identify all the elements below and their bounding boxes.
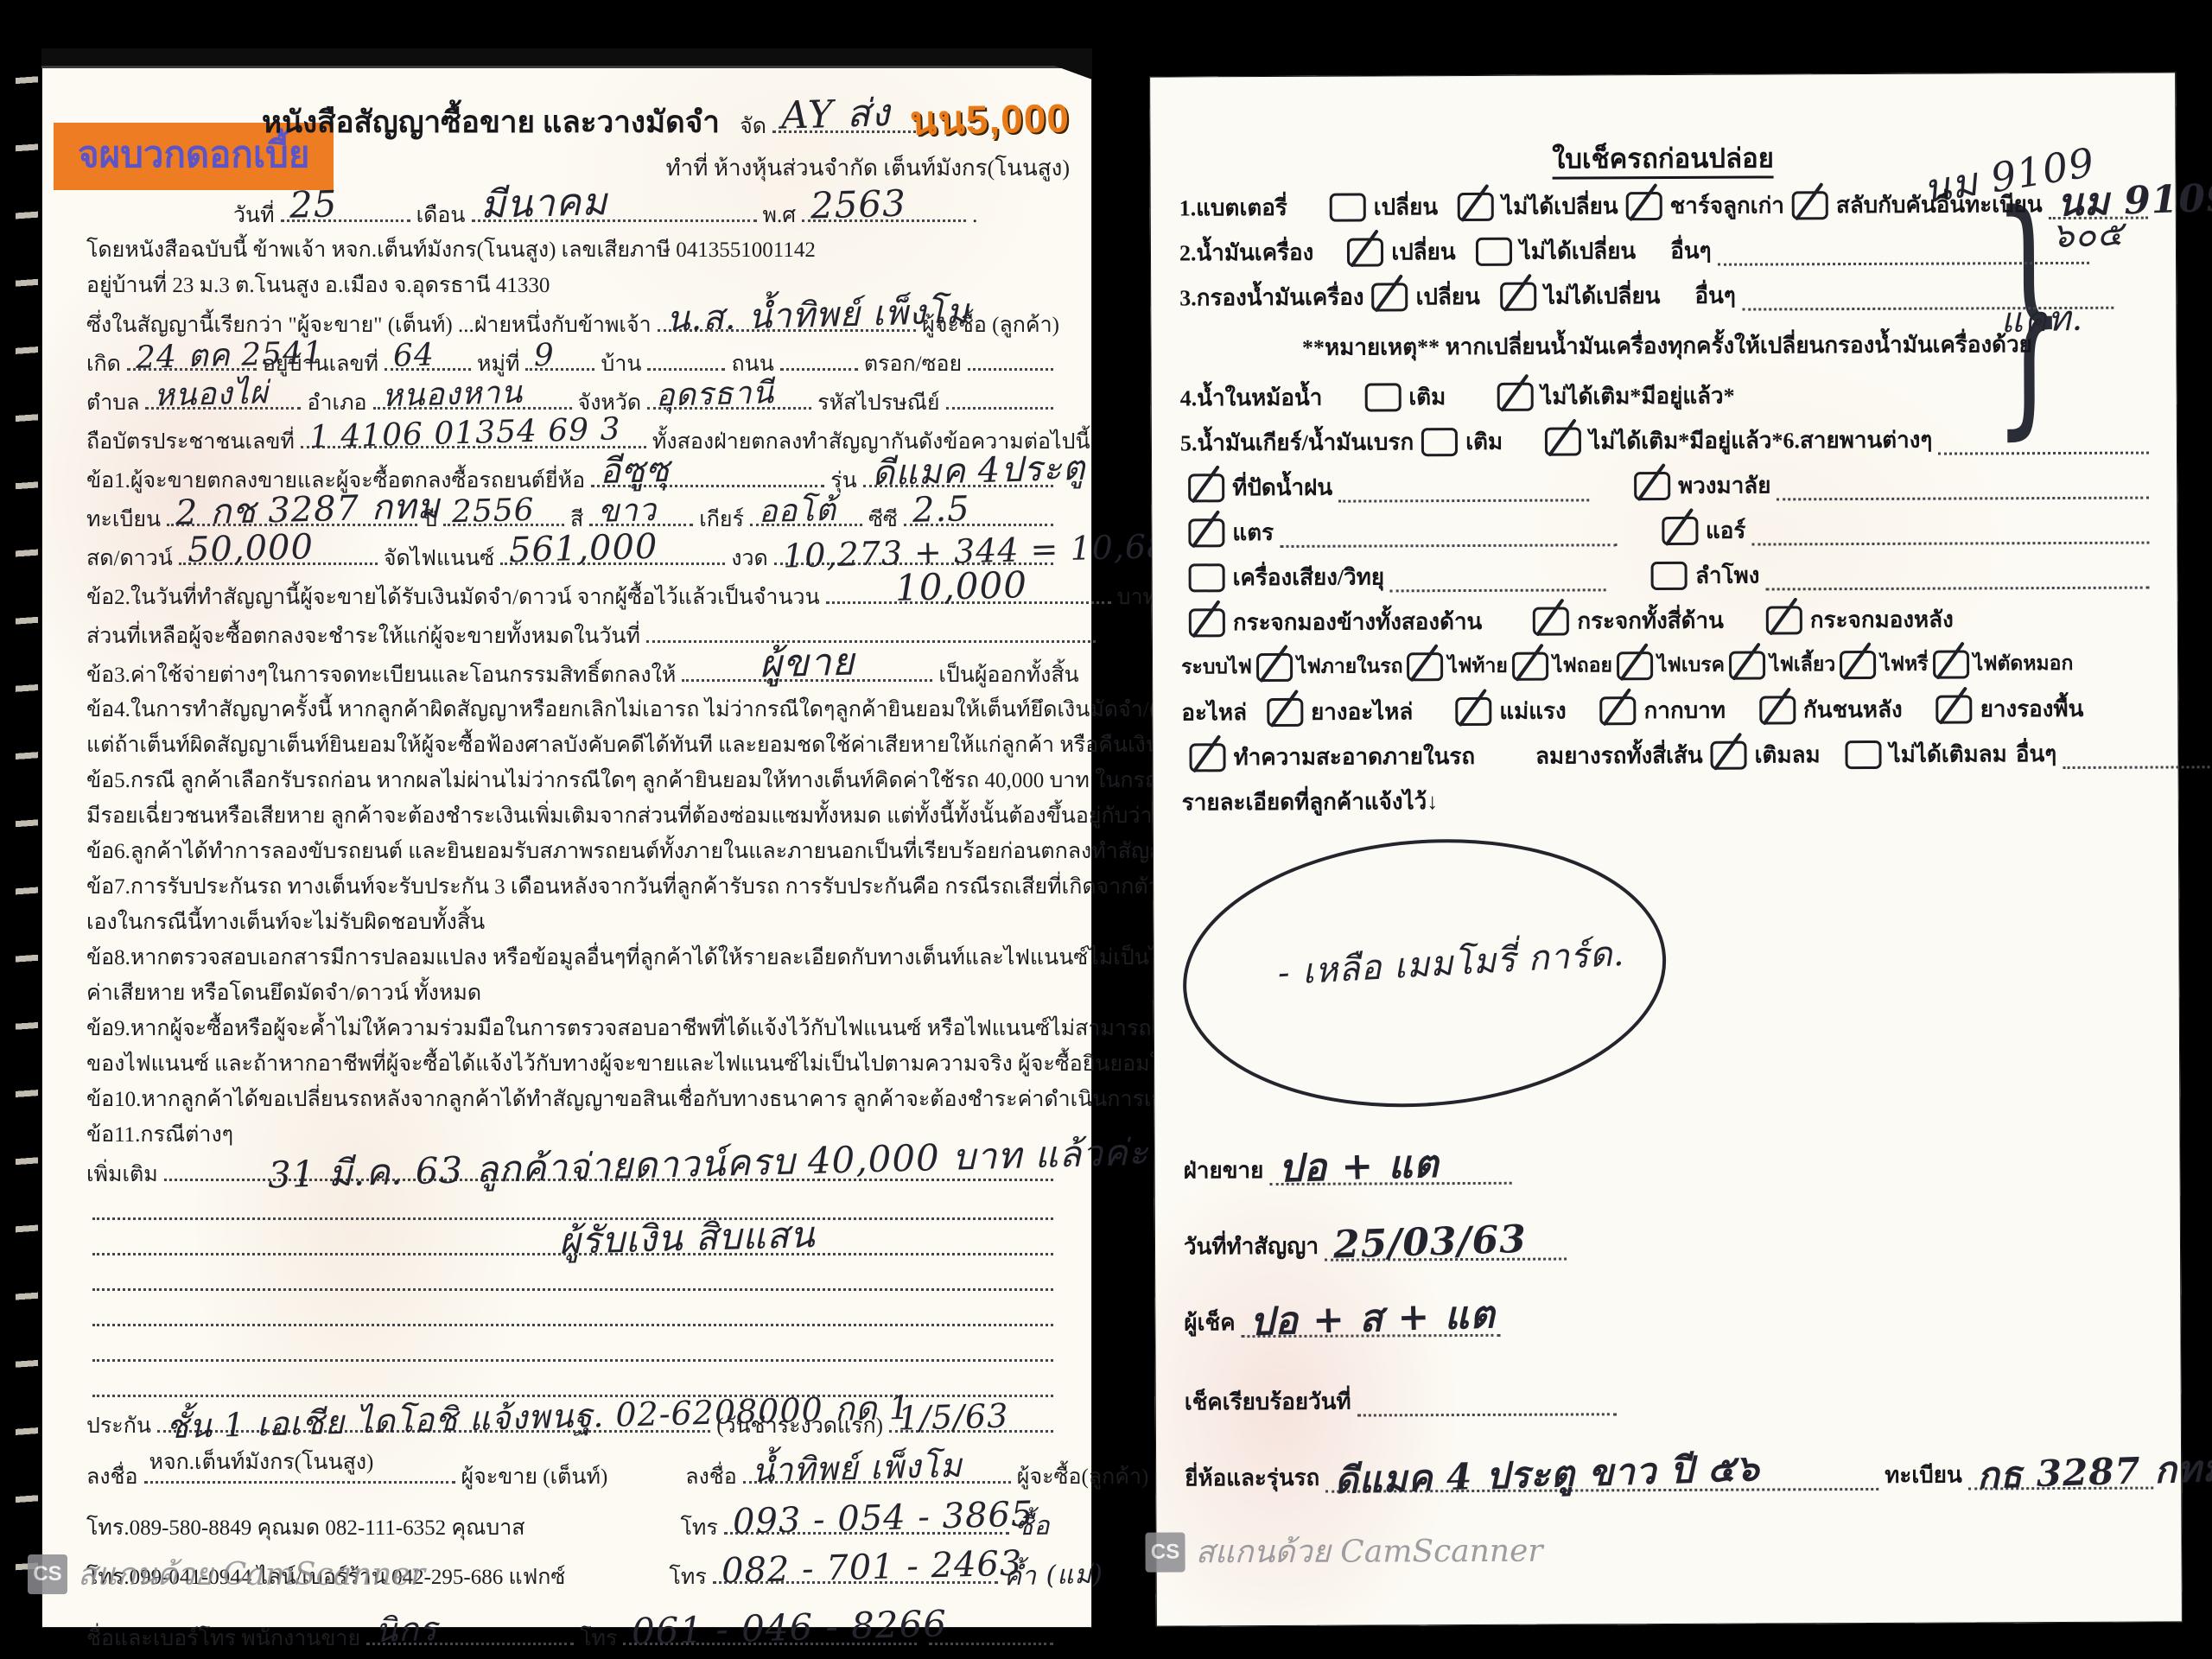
- handwritten-entry: 093 - 054 - 3865: [732, 1497, 1033, 1539]
- blank-field: 50,000: [179, 537, 378, 565]
- handwritten-entry: 2563: [810, 186, 907, 225]
- blank-field: [946, 381, 1053, 410]
- printed-text: หจก.เต็นท์มังกร(โนนสูง): [149, 1445, 374, 1479]
- printed-text: ตำบล: [86, 385, 139, 420]
- circled-note: - เหลือ เมมโมรี่ การ์ด.: [1182, 833, 2158, 1114]
- blank-field: ขาว: [589, 498, 693, 526]
- doc-line: ที่ปัดน้ำฝนพวงมาลัย: [1180, 461, 2155, 511]
- checkbox-checked: [1617, 652, 1653, 680]
- pen-tick-mark: [1460, 183, 1490, 222]
- handwritten-entry: ดีแมค 4 ประตู ขาว ปี ๕๖: [1334, 1450, 1761, 1499]
- pen-tick-mark: [1259, 644, 1288, 683]
- inspection-checklist-sheet: ใบเช็ครถก่อนปล่อย นม 9109 ๖๐๕ } แคท. 1.แ…: [1149, 72, 2183, 1626]
- printed-text: ไฟเลี้ยว: [1770, 649, 1835, 680]
- printed-text: เกิด: [86, 346, 121, 381]
- blank-field: อุดรธานี: [647, 381, 811, 410]
- printed-text: กากบาท: [1644, 692, 1726, 728]
- handwritten-entry: 1 4106 01354 69 3: [308, 414, 620, 453]
- handwritten-entry: อุดรธานี: [656, 378, 775, 412]
- printed-text: ข้อ3.ค่าใช้จ่ายต่างๆในการจดทะเบียนและโอน…: [86, 658, 676, 692]
- printed-text: โทร: [580, 1621, 617, 1656]
- blank-field: [780, 342, 858, 371]
- checkbox-checked: [1600, 696, 1637, 725]
- blank-field: [92, 1333, 1053, 1362]
- pen-tick-mark: [1713, 732, 1743, 771]
- contract-title: หนังสือสัญญาซื้อขาย และวางมัดจำ: [214, 99, 767, 146]
- printed-text: ไฟเบรค: [1657, 650, 1725, 681]
- checkbox-checked: [1840, 650, 1876, 678]
- checkbox-unchecked: [1330, 193, 1366, 221]
- printed-text: ข้อ2.ในวันที่ทำสัญญานี้ผู้จะขายได้รับเงิ…: [86, 580, 820, 614]
- doc-line: ประกันชั้น 1 เอเชีย ไดโอชิ แจ้งพนฐ. 02-6…: [86, 1404, 1059, 1443]
- printed-text: งวด: [731, 541, 767, 575]
- doc-line: ทำความสะอาดภายในรถลมยางรถทั้งสี่เส้นเติม…: [1181, 731, 2156, 780]
- printed-text: เดือน: [416, 198, 466, 232]
- blank-field: [647, 342, 725, 371]
- printed-text: อื่นๆ: [1694, 277, 1736, 313]
- checkbox-checked: [1634, 471, 1670, 499]
- handwritten-entry: 9: [534, 340, 556, 372]
- handwritten-entry: ดีแมค 4ประตู: [871, 451, 1085, 491]
- blank-field: 1/5/63: [889, 1404, 1053, 1433]
- checkbox-unchecked: [1364, 383, 1401, 411]
- doc-line: ข้อ7.การรับประกันรถ ทางเต็นท์จะรับประกัน…: [86, 869, 1059, 905]
- doc-line: วันที่25เดือนมีนาคมพ.ศ2563.: [86, 194, 1059, 232]
- pen-tick-mark: [1629, 182, 1658, 221]
- blank-field: ดีแมค 4 ประตู ขาว ปี ๕๖: [1325, 1462, 1878, 1493]
- handwritten-entry: นม 9109: [2056, 179, 2212, 222]
- doc-line: ข้อ8.หากตรวจสอบเอกสารมีการปลอมแปลง หรือข…: [86, 940, 1059, 976]
- blank-field: [968, 342, 1053, 371]
- handwritten-entry: 2.5: [912, 492, 970, 528]
- printed-text: แตร: [1232, 514, 1274, 550]
- handwritten-entry: 64: [393, 340, 435, 372]
- printed-text: โดยหนังสือฉบับนี้ ข้าพเจ้า หจก.เต็นท์มัง…: [86, 232, 816, 267]
- amount-orange-note: นน5,000: [909, 86, 1070, 152]
- handwritten-entry: ปอ + ส + แต: [1249, 1296, 1496, 1342]
- dispatch-blank: AY ส่ง: [772, 105, 928, 133]
- pen-tick-mark: [1732, 642, 1761, 681]
- printed-text: ยี่ห้อและรุ่นรถ: [1185, 1459, 1319, 1496]
- handwritten-entry: 50,000: [187, 530, 314, 568]
- printed-text: ซีซี: [868, 502, 898, 537]
- printed-text: 3.กรองน้ำมันเครื่อง: [1179, 279, 1364, 315]
- printed-text: ชาร์จลูกเก่า: [1670, 188, 1785, 224]
- printed-text: เครื่องเสียง/วิทยุ: [1233, 559, 1385, 595]
- pen-tick-mark: [1269, 689, 1299, 728]
- printed-text: ไม่ได้เปลี่ยน: [1502, 188, 1618, 225]
- doc-line: ระบบไฟไฟภายในรถไฟท้ายไฟถอยไฟเบรคไฟเลี้ยว…: [1181, 641, 2156, 690]
- blank-field: น้ำทิพย์ เพ็งโม: [743, 1455, 1011, 1484]
- printed-text: อะไหล่: [1181, 695, 1247, 730]
- blank-field: [92, 1298, 1053, 1326]
- blank-field: ปอ + ส + แต: [1241, 1308, 1500, 1338]
- doc-line: [86, 1262, 1059, 1298]
- checkbox-unchecked: [1189, 563, 1225, 592]
- printed-text: ไฟหรี่: [1880, 649, 1929, 680]
- blank-field: 061 - 046 - 8266: [623, 1617, 917, 1645]
- doc-line: ข้อ6.ลูกค้าได้ทำการลองขับรถยนต์ และยินยอ…: [86, 834, 1059, 869]
- printed-text: 4.น้ำในหม้อน้ำ: [1180, 379, 1323, 416]
- printed-text: ส่วนที่เหลือผู้จะซื้อตกลงจะชำระให้แก่ผู้…: [86, 619, 640, 653]
- checkbox-checked: [1792, 191, 1828, 219]
- scan-background: จผบวกดอกเบี้ย หนังสือสัญญาซื้อขาย และวาง…: [0, 0, 2212, 1659]
- checkbox-checked: [1500, 282, 1536, 310]
- doc-line: มีรอยเฉี่ยวชนหรือเสียหาย ลูกค้าจะต้องชำร…: [86, 798, 1059, 834]
- doc-line: ข้อ2.ในวันที่ทำสัญญานี้ผู้จะขายได้รับเงิ…: [86, 575, 1059, 614]
- blank-field: นม 9109: [2049, 191, 2148, 220]
- printed-text: วันที่ทำสัญญา: [1184, 1228, 1319, 1264]
- blank-field: อีซูซุ: [591, 459, 824, 487]
- doc-line: อะไหล่ยางอะไหล่แม่แรงกากบาทกันชนหลังยางร…: [1181, 686, 2156, 735]
- printed-text: โทร: [669, 1560, 706, 1594]
- blank-field: 25/03/63: [1325, 1232, 1567, 1262]
- checkbox-checked: [1188, 474, 1224, 502]
- scan-edge-band: [41, 48, 1092, 68]
- printed-text: บ้าน: [601, 346, 641, 381]
- blank-field: 24 ตค 2541: [127, 342, 257, 371]
- printed-text: เปลี่ยน: [1374, 189, 1439, 225]
- checkbox-checked: [1256, 652, 1293, 681]
- handwritten-entry: 10,000: [894, 567, 1027, 607]
- printed-text: ผู้เช็ค: [1184, 1305, 1235, 1340]
- doc-line: เองในกรณีนี้ทางเต็นท์จะไม่รับผิดชอบทั้งส…: [86, 905, 1059, 940]
- blank-field: [1777, 471, 2149, 501]
- blank-field: 10,000: [826, 575, 1111, 604]
- printed-text: อื่นๆ: [2016, 736, 2057, 772]
- doc-line: ส่วนที่เหลือผู้จะซื้อตกลงจะชำระให้แก่ผู้…: [86, 614, 1059, 653]
- handwritten-entry: 082 - 701 - 2463: [721, 1546, 1022, 1588]
- printed-text: โทร.089-580-8849 คุณมด 082-111-6352 คุณบ…: [86, 1510, 525, 1545]
- handwritten-entry: น้ำทิพย์ เพ็งโม: [751, 1449, 963, 1487]
- handwritten-entry: 061 - 046 - 8266: [632, 1605, 948, 1650]
- pen-tick-mark: [1664, 507, 1694, 546]
- printed-text: ถือบัตรประชาชนเลขที่: [86, 424, 295, 459]
- printed-text: ตรอก/ซอย: [864, 346, 962, 381]
- printed-text: ไม่ได้เปลี่ยน: [1520, 233, 1637, 270]
- printed-text: ผู้จะขาย (เต็นท์): [461, 1459, 608, 1494]
- printed-text: กระจกมองข้างทั้งสองด้าน: [1233, 603, 1483, 639]
- pen-tick-mark: [1619, 642, 1649, 681]
- blank-field: 64: [385, 342, 471, 371]
- handwritten-entry: หนองไผ่: [154, 378, 270, 411]
- pen-tick-mark: [1192, 734, 1222, 773]
- pen-tick-mark: [1637, 462, 1666, 501]
- printed-text: เติมลม: [1755, 737, 1821, 772]
- doc-line: ของไฟแนนซ์ และถ้าหากอาชีพที่ผู้จะซื้อได้…: [86, 1046, 1059, 1082]
- checkbox-checked: [1497, 382, 1533, 410]
- blank-field: [1938, 426, 2149, 455]
- blank-field: ผู้ขาย: [682, 653, 932, 682]
- doc-line: ข้อ3.ค่าใช้จ่ายต่างๆในการจดทะเบียนและโอน…: [86, 653, 1059, 692]
- printed-text: เกียร์: [699, 502, 744, 537]
- doc-line: ข้อ10.หากลูกค้าได้ขอเปลี่ยนรถหลังจากลูกค…: [86, 1082, 1059, 1117]
- printed-text: เป็นผู้ออกทั้งสิ้น: [938, 658, 1078, 692]
- printed-text: ไม่ได้เติม*มีอยู่แล้ว*: [1589, 423, 1783, 459]
- doc-line: ยี่ห้อและรุ่นรถดีแมค 4 ประตู ขาว ปี ๕๖ทะ…: [1185, 1452, 2159, 1501]
- doc-line: 5.น้ำมันเกียร์/น้ำมันเบรกเติมไม่ได้เติม*…: [1180, 416, 2155, 466]
- blank-field: [1717, 236, 2088, 266]
- pen-tick-mark: [1762, 687, 1791, 726]
- printed-text: ไม่ได้เติม*มีอยู่แล้ว*: [1541, 378, 1735, 414]
- doc-line: แตรแอร์: [1180, 506, 2155, 556]
- contract-body: วันที่25เดือนมีนาคมพ.ศ2563.โดยหนังสือฉบั…: [86, 194, 1059, 1656]
- camscanner-text: สแกนด้วย CamScanner: [78, 1549, 425, 1599]
- printed-text: กันชนหลัง: [1803, 691, 1903, 728]
- printed-text: 5.น้ำมันเกียร์/น้ำมันเบรก: [1180, 424, 1414, 461]
- printed-text: ชื่อและเบอร์โทร พนักงานขาย: [86, 1621, 360, 1656]
- pen-tick-mark: [1603, 687, 1632, 726]
- printed-text: ประกัน: [86, 1408, 151, 1443]
- checkbox-unchecked: [1651, 561, 1688, 589]
- printed-text: ข้อ6.ลูกค้าได้ทำการลองขับรถยนต์ และยินยอ…: [86, 834, 1219, 868]
- doc-line: เกิด24 ตค 2541อยู่บ้านเลขที่64หมู่ที่9บ้…: [86, 342, 1059, 381]
- blank-field: มีนาคม: [472, 194, 757, 222]
- doc-line: ชื่อและเบอร์โทร พนักงานขายนิกรโทร061 - 0…: [86, 1617, 1059, 1656]
- printed-text: อำเภอ: [307, 385, 366, 420]
- blank-field: [1765, 561, 2149, 591]
- blank-field: 2556: [443, 498, 564, 526]
- printed-text: ลงชื่อ: [685, 1459, 737, 1494]
- printed-text: ระบบไฟ: [1181, 652, 1252, 683]
- printed-text: จัดไฟแนนซ์: [384, 541, 494, 575]
- doc-line: 2.น้ำมันเครื่องเปลี่ยนไม่ได้เปลี่ยนอื่นๆ: [1179, 226, 2154, 276]
- printed-text: อยู่บ้านที่ 23 ม.3 ต.โนนสูง อ.เมือง จ.อุ…: [86, 268, 550, 302]
- checkbox-checked: [1189, 743, 1225, 772]
- printed-text: กระจกมองหลัง: [1810, 601, 1954, 638]
- printed-text: เติม: [1408, 379, 1446, 415]
- printed-text: ไฟท้าย: [1447, 651, 1508, 682]
- pen-tick-mark: [1458, 688, 1487, 727]
- blank-field: 10,273 + 344 = 10,687 × 84: [774, 537, 1053, 565]
- printed-text: พ.ศ: [763, 198, 797, 232]
- checkbox-checked: [1455, 696, 1491, 725]
- handwritten-entry: 1/5/63: [898, 1399, 1009, 1434]
- handwritten-text: ซื้อ: [1014, 1513, 1050, 1540]
- blank-field: [92, 1262, 1053, 1291]
- printed-text: ผู้จะซื้อ(ลูกค้า): [1017, 1459, 1149, 1494]
- camscanner-watermark: CS สแกนด้วย CamScanner: [1145, 1526, 1542, 1577]
- checkbox-checked: [1189, 608, 1225, 637]
- blank-field: [1280, 518, 1617, 548]
- doc-line: โทร.089-580-8849 คุณมด 082-111-6352 คุณบ…: [86, 1506, 1059, 1545]
- camscanner-logo: CS: [1145, 1532, 1185, 1572]
- checklist-title-text: ใบเช็ครถก่อนปล่อย: [1552, 143, 1774, 179]
- checkbox-checked: [1267, 697, 1303, 726]
- blank-field: [1390, 563, 1606, 592]
- checkbox-checked: [1545, 427, 1581, 455]
- pen-tick-mark: [1191, 465, 1220, 504]
- printed-text: เติม: [1465, 423, 1503, 459]
- printed-text: เพิ่มเติม: [86, 1157, 158, 1192]
- handwritten-entry: ปอ + แต: [1278, 1146, 1440, 1189]
- blank-field: 9: [525, 342, 594, 371]
- checkbox-checked: [1936, 695, 1973, 723]
- blank-field: [92, 1192, 1053, 1220]
- made-at-line: ทำที่ ห้างหุ้นส่วนจำกัด เต็นท์มังกร(โนนส…: [665, 150, 1070, 186]
- checkbox-checked: [1711, 741, 1747, 769]
- pen-tick-mark: [1535, 598, 1565, 637]
- blank-field: น.ส. น้ำทิพย์ เพ็งโม: [658, 303, 917, 332]
- blank-field: [2063, 740, 2212, 769]
- checkbox-checked: [1759, 696, 1796, 724]
- checkbox-unchecked: [1476, 237, 1512, 265]
- printed-text: ลมยางรถทั้งสี่เส้น: [1535, 737, 1703, 773]
- pen-tick-mark: [1192, 600, 1221, 639]
- handwritten-entry: 2556: [451, 495, 535, 528]
- blank-field: 093 - 054 - 3865: [724, 1506, 1009, 1535]
- pen-tick-mark: [1795, 181, 1824, 220]
- camscanner-text: สแกนด้วย CamScanner: [1195, 1526, 1542, 1577]
- handwritten-entry: น.ส. น้ำทิพย์ เพ็งโม: [665, 294, 969, 336]
- printed-text: เองในกรณีนี้ทางเต็นท์จะไม่รับผิดชอบทั้งส…: [86, 905, 485, 939]
- printed-text: ลำโพง: [1695, 557, 1760, 593]
- doc-line: ฝ่ายขายปอ + แต: [1184, 1144, 2158, 1193]
- printed-text: ฝ่ายขาย: [1184, 1153, 1264, 1188]
- doc-line: **หมายเหตุ** หากเปลี่ยนน้ำมันเครื่องทุกค…: [1179, 321, 2154, 371]
- printed-text: แม่แรง: [1499, 693, 1567, 728]
- doc-line: เพิ่มเติม31 มี.ค. 63 ลูกค้าจ่ายดาวน์ครบ …: [86, 1153, 1059, 1192]
- handwritten-entry: นิกร: [375, 1612, 438, 1647]
- handwritten-entry: ออโต้: [759, 495, 837, 528]
- blank-field: หนองหาน: [373, 381, 572, 410]
- sales-contract-sheet: จผบวกดอกเบี้ย หนังสือสัญญาซื้อขาย และวาง…: [41, 48, 1092, 1628]
- handwritten-entry: 25/03/63: [1332, 1221, 1527, 1265]
- printed-text: เปลี่ยน: [1415, 278, 1480, 314]
- pen-tick-mark: [1935, 641, 1965, 680]
- checkbox-checked: [1458, 192, 1494, 220]
- dispatch-handwriting: AY ส่ง: [780, 94, 890, 135]
- camscanner-watermark: CS สแกนด้วย CamScanner: [28, 1549, 425, 1599]
- printed-text: กระจกทั้งสี่ด้าน: [1577, 602, 1724, 639]
- blank-field: 082 - 701 - 2463: [713, 1555, 998, 1584]
- handwritten-entry: 561,000: [509, 530, 658, 568]
- blank-field: 1 4106 01354 69 3: [301, 420, 646, 448]
- blank-field: ผู้รับเงิน สิบแสน: [92, 1227, 1053, 1255]
- printed-text: ไม่ได้เปลี่ยน: [1544, 278, 1661, 315]
- checkbox-checked: [1533, 607, 1569, 635]
- printed-text: ข้อ11.กรณีต่างๆ: [86, 1117, 233, 1152]
- pen-tick-mark: [1503, 273, 1532, 312]
- doc-line: 3.กรองน้ำมันเครื่องเปลี่ยนไม่ได้เปลี่ยนอ…: [1179, 271, 2154, 321]
- doc-line: วันที่ทำสัญญา25/03/63: [1184, 1220, 2158, 1269]
- handwritten-entry: หนองหาน: [381, 378, 523, 412]
- blank-field: [1742, 281, 2113, 311]
- printed-text: **หมายเหตุ** หากเปลี่ยนน้ำมันเครื่องทุกค…: [1302, 327, 2032, 365]
- pen-tick-mark: [1548, 418, 1577, 457]
- pen-tick-mark: [1410, 643, 1440, 682]
- blank-field: 25: [281, 194, 410, 222]
- checkbox-checked: [1729, 651, 1765, 679]
- pen-tick-mark: [1939, 686, 1968, 725]
- blank-field: ออโต้: [750, 498, 862, 526]
- checkbox-checked: [1347, 238, 1383, 266]
- handwritten-entry: กธ 3287 กทม: [1976, 1450, 2212, 1494]
- printed-text: พวงมาลัย: [1678, 467, 1771, 503]
- blank-field: 2 กช 3287 กทม: [167, 498, 417, 526]
- blank-field: [929, 1617, 1053, 1645]
- printed-text: รายละเอียดที่ลูกค้าแจ้งไว้↓: [1182, 784, 1439, 820]
- printed-text: เปลี่ยน: [1391, 234, 1456, 270]
- printed-text: ทำความสะอาดภายในรถ: [1233, 738, 1475, 774]
- printed-text: รหัสไปรษณีย์: [817, 385, 939, 420]
- handwritten-entry: 2 กช 3287 กทม: [175, 489, 442, 531]
- printed-text: ที่ปัดน้ำฝน: [1232, 469, 1332, 505]
- checkbox-unchecked: [1846, 740, 1882, 768]
- doc-line: กระจกมองข้างทั้งสองด้านกระจกทั้งสี่ด้านก…: [1181, 596, 2156, 645]
- handwritten-entry: 25: [289, 186, 338, 223]
- pen-tick-mark: [1375, 274, 1404, 313]
- doc-line: ลงชื่อหจก.เต็นท์มังกร(โนนสูง)ผู้จะขาย (เ…: [86, 1455, 1059, 1494]
- printed-text: โทร: [681, 1510, 718, 1545]
- book-spine-edge: [16, 48, 38, 1628]
- printed-text: แอร์: [1706, 512, 1746, 548]
- printed-text: วันที่: [233, 198, 275, 232]
- blank-field: กธ 3287 กทม: [1968, 1461, 2154, 1491]
- doc-line: ซึ่งในสัญญานี้เรียกว่า "ผู้จะขาย" (เต็นท…: [86, 303, 1059, 342]
- pen-tick-mark: [1350, 229, 1379, 268]
- blank-field: นิกร: [366, 1617, 574, 1645]
- checkbox-checked: [1662, 516, 1698, 544]
- handwritten-entry: อีซูซุ: [600, 453, 671, 489]
- blank-field: 561,000: [500, 537, 725, 565]
- doc-line: ข้อ4.ในการทำสัญญาครั้งนี้ หากลูกค้าผิดสั…: [86, 692, 1059, 728]
- blank-field: ชั้น 1 เอเชีย ไดโอชิ แจ้งพนฐ. 02-6208000…: [157, 1404, 710, 1433]
- printed-text: ทะเบียน: [86, 502, 161, 537]
- handwritten-entry: ผู้ขาย: [760, 644, 855, 684]
- handwritten-text: ค้ำ (แม่): [1003, 1562, 1103, 1591]
- printed-text: 2.น้ำมันเครื่อง: [1179, 234, 1314, 270]
- blank-field: หนองไผ่: [145, 381, 301, 410]
- checkbox-unchecked: [1421, 428, 1458, 456]
- doc-line: โดยหนังสือฉบับนี้ ข้าพเจ้า หจก.เต็นท์มัง…: [86, 232, 1059, 268]
- printed-text: สลับกับคันอื่นทะเบียน: [1836, 187, 2043, 223]
- doc-line: เครื่องเสียง/วิทยุลำโพง: [1181, 551, 2156, 601]
- checkbox-checked: [1626, 192, 1662, 220]
- blank-field: หจก.เต็นท์มังกร(โนนสูง): [144, 1455, 455, 1484]
- printed-text: เช็คเรียบร้อยวันที่: [1185, 1383, 1351, 1420]
- checkbox-checked: [1933, 650, 1969, 678]
- blank-field: [646, 614, 1096, 643]
- doc-line: ผู้รับเงิน สิบแสน: [86, 1227, 1059, 1262]
- pen-tick-mark: [1192, 510, 1221, 549]
- blank-field: ปอ + แต: [1269, 1156, 1511, 1185]
- printed-text: ไฟตัดหมอก: [1974, 648, 2074, 680]
- blank-field: [1357, 1387, 1617, 1416]
- blank-field: 31 มี.ค. 63 ลูกค้าจ่ายดาวน์ครบ 40,000 บา…: [164, 1153, 1053, 1181]
- doc-line: ข้อ9.หากผู้จะซื้อหรือผู้จะค้ำไม่ให้ความร…: [86, 1011, 1059, 1046]
- doc-line: ค่าเสียหาย หรือโดนยึดมัดจำ/ดาวน์ ทั้งหมด: [86, 976, 1059, 1011]
- checkbox-checked: [1188, 518, 1224, 547]
- doc-line: [86, 1333, 1059, 1369]
- printed-text: ค่าเสียหาย หรือโดนยึดมัดจำ/ดาวน์ ทั้งหมด: [86, 976, 481, 1010]
- handwritten-entry: 24 ตค 2541: [135, 338, 324, 374]
- doc-line: รายละเอียดที่ลูกค้าแจ้งไว้↓: [1182, 776, 2157, 825]
- checkbox-checked: [1766, 606, 1802, 634]
- printed-text: ซึ่งในสัญญานี้เรียกว่า "ผู้จะขาย" (เต็นท…: [86, 308, 652, 342]
- checkbox-checked: [1512, 652, 1548, 680]
- checkbox-checked: [1407, 652, 1443, 681]
- printed-text: 6.สายพานต่างๆ: [1783, 422, 1932, 458]
- blank-field: 2.5: [904, 498, 1053, 526]
- doc-line: ผู้เช็คปอ + ส + แต: [1184, 1296, 2158, 1345]
- pen-tick-mark: [1515, 643, 1544, 682]
- doc-line: 1.แบตเตอรี่เปลี่ยนไม่ได้เปลี่ยนชาร์จลูกเ…: [1179, 181, 2154, 231]
- checklist-body: 1.แบตเตอรี่เปลี่ยนไม่ได้เปลี่ยนชาร์จลูกเ…: [1179, 181, 2160, 1501]
- dispatch-label: จัด: [740, 109, 766, 143]
- checkbox-checked: [1371, 283, 1408, 311]
- doc-line: [86, 1298, 1059, 1333]
